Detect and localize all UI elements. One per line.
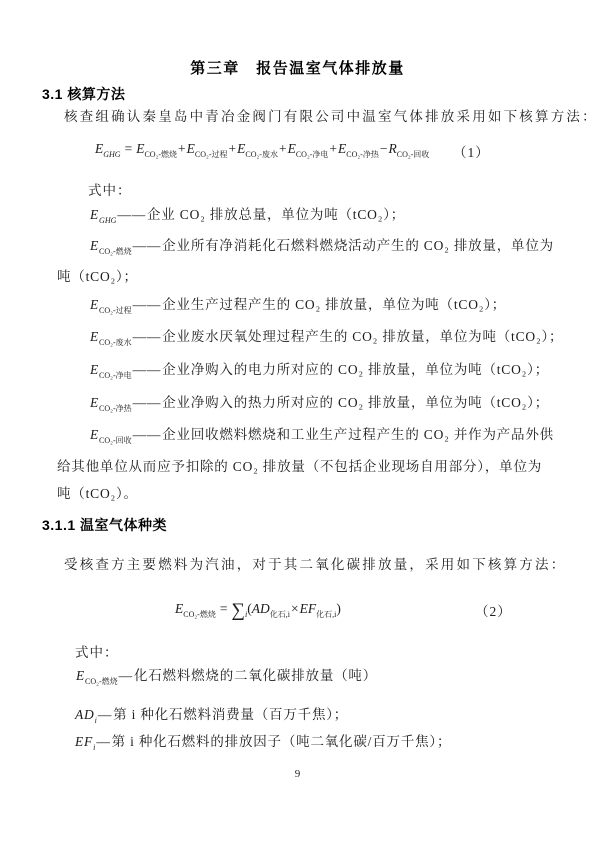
symbol-base: E <box>90 329 99 344</box>
symbol-base: E <box>90 207 99 222</box>
plus-operator: + <box>329 141 337 156</box>
plus-operator: + <box>229 141 237 156</box>
formula-1-term-base: E <box>288 141 296 156</box>
symbol-subscript: i <box>93 743 95 752</box>
definition-dash: —— <box>133 395 162 410</box>
summation-index: i <box>245 610 247 619</box>
formula-1-term-subscript: CO₂-燃烧 <box>144 149 177 160</box>
symbol-base: EF <box>75 734 93 749</box>
definition-e-net-heat: ECO₂-净热——企业净购入的热力所对应的 CO₂ 排放量，单位为吨（tCO₂）… <box>90 391 549 411</box>
emission-factor-subscript: 化石,i <box>316 609 336 620</box>
formula-1-lhs-subscript: GHG <box>103 150 120 159</box>
symbol-base: E <box>90 238 99 253</box>
definition-ef-i: EFi—第 i 种化石燃料的排放因子（吨二氧化碳/百万千焦）； <box>75 730 451 750</box>
chapter-title: 第三章 报告温室气体排放量 <box>0 57 595 78</box>
formula-1-term-subscript: CO₂-净电 <box>296 149 329 160</box>
definition-e-recovery-continued-2: 吨（tCO₂）。 <box>57 482 138 502</box>
formula-1: EGHG=ECO₂-燃烧+ECO₂-过程+ECO₂-废水+ECO₂-净电+ECO… <box>95 141 555 157</box>
section-3-1-1-heading: 3.1.1 温室气体种类 <box>42 515 167 535</box>
definition-e-process: ECO₂-过程——企业生产过程产生的 CO₂ 排放量，单位为吨（tCO₂）； <box>90 293 506 313</box>
formula-2-lhs-base: E <box>175 601 183 616</box>
definition-dash: —— <box>133 238 162 253</box>
emission-factor-base: EF <box>300 601 317 616</box>
formula-1-term-subscript: CO₂-净热 <box>346 149 379 160</box>
formula-1-term-base: E <box>237 141 245 156</box>
formula-1-term-subscript: CO₂-回收 <box>397 149 430 160</box>
summation-icon: ∑ <box>231 600 245 621</box>
symbol-subscript: CO₂-回收 <box>99 435 132 446</box>
symbol-subscript: CO₂-燃烧 <box>85 676 118 687</box>
section-3-1-1-intro: 受核查方主要燃料为汽油，对于其二氧化碳排放量，采用如下核算方法： <box>64 553 566 573</box>
definition-dash: —— <box>133 427 162 442</box>
definition-e-combustion-continued: 吨（tCO₂）； <box>57 265 138 285</box>
definition-dash: — <box>98 707 112 722</box>
definition-e-recovery-continued-1: 给其他单位从而应予扣除的 CO₂ 排放量（不包括企业现场自用部分），单位为 <box>57 455 542 475</box>
document-page: 第三章 报告温室气体排放量 3.1 核算方法 核查组确认秦皇岛中青冶金阀门有限公… <box>0 0 595 841</box>
definition-ad-i: ADi—第 i 种化石燃料消费量（百万千焦）； <box>75 703 348 723</box>
symbol-subscript: CO₂-净热 <box>99 403 132 414</box>
symbol-subscript: CO₂-燃烧 <box>99 246 132 257</box>
where-label-2: 式中： <box>75 641 119 661</box>
activity-data-subscript: 化石,i <box>270 609 290 620</box>
definition-e-wastewater: ECO₂-废水——企业废水厌氧处理过程产生的 CO₂ 排放量，单位为吨（tCO₂… <box>90 325 563 345</box>
formula-2: ECO₂-燃烧=∑i(AD化石,i×EF化石,i) （2） <box>175 600 555 622</box>
symbol-base: E <box>90 427 99 442</box>
definition-text: 第 i 种化石燃料消费量（百万千焦）； <box>113 707 348 722</box>
definition-dash: —— <box>133 362 162 377</box>
formula-1-lhs-base: E <box>95 141 103 156</box>
definition-e-net-electricity: ECO₂-净电——企业净购入的电力所对应的 CO₂ 排放量，单位为吨（tCO₂）… <box>90 358 549 378</box>
definition-text: 企业 CO₂ 排放总量，单位为吨（tCO₂）； <box>147 207 405 222</box>
symbol-subscript: CO₂-净电 <box>99 370 132 381</box>
multiply-operator: × <box>291 601 299 616</box>
activity-data-base: AD <box>252 601 270 616</box>
symbol-subscript: CO₂-废水 <box>99 337 132 348</box>
definition-text: 企业废水厌氧处理过程产生的 CO₂ 排放量，单位为吨（tCO₂）； <box>162 329 563 344</box>
formula-1-number: （1） <box>453 141 490 161</box>
formula-1-term-base: E <box>338 141 346 156</box>
definition-e-recovery: ECO₂-回收——企业回收燃料燃烧和工业生产过程产生的 CO₂ 并作为产品外供 <box>90 423 554 443</box>
section-3-1-intro: 核查组确认秦皇岛中青冶金阀门有限公司中温室气体排放采用如下核算方法： <box>64 105 595 125</box>
symbol-base: E <box>90 362 99 377</box>
symbol-base: AD <box>75 707 95 722</box>
plus-operator: + <box>178 141 186 156</box>
formula-1-term-subscript: CO₂-废水 <box>245 149 278 160</box>
where-label-1: 式中： <box>88 179 132 199</box>
definition-text: 企业净购入的电力所对应的 CO₂ 排放量，单位为吨（tCO₂）； <box>162 362 549 377</box>
formula-2-number: （2） <box>475 600 512 620</box>
definition-e-combustion-2: ECO₂-燃烧—化石燃料燃烧的二氧化碳排放量（吨） <box>76 664 377 684</box>
symbol-base: E <box>90 395 99 410</box>
definition-e-ghg: EGHG——企业 CO₂ 排放总量，单位为吨（tCO₂）； <box>90 203 405 223</box>
definition-dash: — <box>119 668 133 683</box>
minus-operator: − <box>380 141 388 156</box>
symbol-subscript: CO₂-过程 <box>99 305 132 316</box>
formula-1-term-base: R <box>388 141 396 156</box>
close-paren: ) <box>336 601 341 616</box>
formula-2-lhs-subscript: CO₂-燃烧 <box>183 609 216 620</box>
definition-e-combustion: ECO₂-燃烧——企业所有净消耗化石燃料燃烧活动产生的 CO₂ 排放量，单位为 <box>90 234 554 254</box>
definition-dash: —— <box>133 297 162 312</box>
symbol-base: E <box>76 668 85 683</box>
definition-text: 化石燃料燃烧的二氧化碳排放量（吨） <box>134 668 377 683</box>
formula-1-term-base: E <box>136 141 144 156</box>
definition-dash: —— <box>133 329 162 344</box>
definition-text: 第 i 种化石燃料的排放因子（吨二氧化碳/百万千焦）； <box>112 734 452 749</box>
symbol-subscript: i <box>95 716 97 725</box>
section-3-1-heading: 3.1 核算方法 <box>42 84 125 104</box>
definition-text: 企业回收燃料燃烧和工业生产过程产生的 CO₂ 并作为产品外供 <box>162 427 554 442</box>
symbol-base: E <box>90 297 99 312</box>
symbol-subscript: GHG <box>99 216 116 225</box>
definition-text: 企业净购入的热力所对应的 CO₂ 排放量，单位为吨（tCO₂）； <box>162 395 549 410</box>
equals-sign: = <box>125 141 133 156</box>
definition-dash: — <box>96 734 110 749</box>
definition-text: 企业生产过程产生的 CO₂ 排放量，单位为吨（tCO₂）； <box>162 297 506 312</box>
formula-1-term-base: E <box>187 141 195 156</box>
definition-text: 企业所有净消耗化石燃料燃烧活动产生的 CO₂ 排放量，单位为 <box>162 238 554 253</box>
page-number: 9 <box>0 768 595 780</box>
plus-operator: + <box>279 141 287 156</box>
equals-sign: = <box>220 601 228 616</box>
definition-dash: —— <box>117 207 146 222</box>
formula-1-term-subscript: CO₂-过程 <box>195 149 228 160</box>
